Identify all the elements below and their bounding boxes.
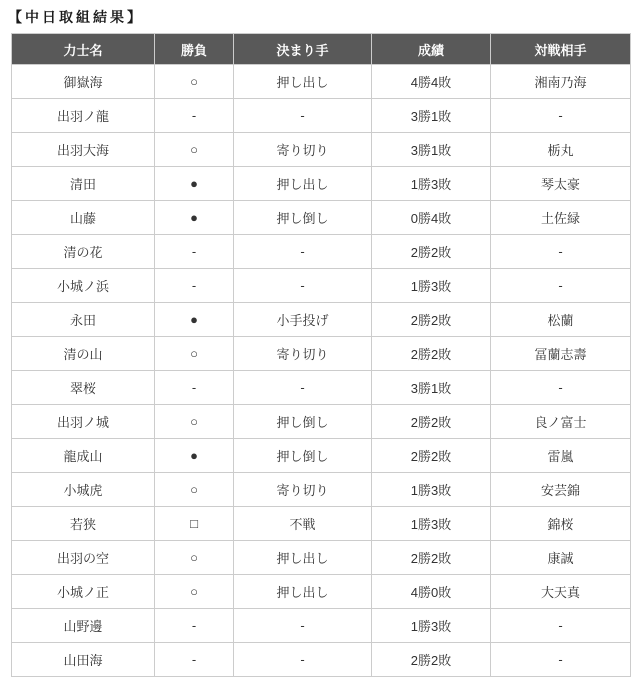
cell-kimarite: - <box>234 99 372 133</box>
cell-rikishi-name: 清田 <box>12 167 155 201</box>
table-row: 御嶽海○押し出し4勝4敗湘南乃海 <box>12 65 631 99</box>
cell-opponent: 栃丸 <box>491 133 631 167</box>
cell-opponent: 康誠 <box>491 541 631 575</box>
cell-rikishi-name: 山野邊 <box>12 609 155 643</box>
cell-record: 3勝1敗 <box>372 133 491 167</box>
cell-kimarite: 押し出し <box>234 65 372 99</box>
cell-kimarite: 押し出し <box>234 541 372 575</box>
table-row: 小城虎○寄り切り1勝3敗安芸錦 <box>12 473 631 507</box>
header-row: 力士名勝負決まり手成績対戦相手 <box>12 34 631 65</box>
table-row: 山藤●押し倒し0勝4敗土佐緑 <box>12 201 631 235</box>
column-header-opponent: 対戦相手 <box>491 34 631 65</box>
cell-opponent: - <box>491 371 631 405</box>
page: 【中日取組結果】 力士名勝負決まり手成績対戦相手 御嶽海○押し出し4勝4敗湘南乃… <box>0 0 640 684</box>
cell-win-loss: ○ <box>155 337 234 371</box>
cell-rikishi-name: 小城虎 <box>12 473 155 507</box>
cell-win-loss: ○ <box>155 65 234 99</box>
cell-win-loss: ○ <box>155 405 234 439</box>
cell-kimarite: 押し倒し <box>234 439 372 473</box>
column-header-record: 成績 <box>372 34 491 65</box>
cell-rikishi-name: 山藤 <box>12 201 155 235</box>
cell-win-loss: - <box>155 99 234 133</box>
cell-rikishi-name: 出羽大海 <box>12 133 155 167</box>
table-row: 翠桜--3勝1敗- <box>12 371 631 405</box>
cell-kimarite: 押し倒し <box>234 405 372 439</box>
cell-opponent: - <box>491 235 631 269</box>
cell-win-loss: - <box>155 269 234 303</box>
cell-rikishi-name: 清の花 <box>12 235 155 269</box>
cell-record: 2勝2敗 <box>372 541 491 575</box>
cell-win-loss: - <box>155 643 234 677</box>
cell-record: 2勝2敗 <box>372 337 491 371</box>
cell-rikishi-name: 御嶽海 <box>12 65 155 99</box>
cell-opponent: 安芸錦 <box>491 473 631 507</box>
cell-kimarite: 小手投げ <box>234 303 372 337</box>
cell-record: 1勝3敗 <box>372 269 491 303</box>
cell-kimarite: 寄り切り <box>234 337 372 371</box>
cell-opponent: 雷嵐 <box>491 439 631 473</box>
cell-kimarite: 押し倒し <box>234 201 372 235</box>
cell-record: 2勝2敗 <box>372 235 491 269</box>
cell-record: 3勝1敗 <box>372 99 491 133</box>
cell-win-loss: ○ <box>155 541 234 575</box>
cell-opponent: - <box>491 269 631 303</box>
results-table: 力士名勝負決まり手成績対戦相手 御嶽海○押し出し4勝4敗湘南乃海出羽ノ龍--3勝… <box>11 33 631 677</box>
cell-rikishi-name: 翠桜 <box>12 371 155 405</box>
table-row: 山野邊--1勝3敗- <box>12 609 631 643</box>
cell-kimarite: - <box>234 269 372 303</box>
cell-rikishi-name: 山田海 <box>12 643 155 677</box>
table-row: 清の花--2勝2敗- <box>12 235 631 269</box>
column-header-rikishi-name: 力士名 <box>12 34 155 65</box>
table-row: 小城ノ浜--1勝3敗- <box>12 269 631 303</box>
cell-record: 1勝3敗 <box>372 507 491 541</box>
cell-record: 3勝1敗 <box>372 371 491 405</box>
cell-kimarite: - <box>234 609 372 643</box>
cell-record: 0勝4敗 <box>372 201 491 235</box>
cell-kimarite: 不戦 <box>234 507 372 541</box>
cell-kimarite: 寄り切り <box>234 473 372 507</box>
cell-opponent: 錦桜 <box>491 507 631 541</box>
cell-win-loss: ● <box>155 303 234 337</box>
cell-rikishi-name: 若狭 <box>12 507 155 541</box>
column-header-win-loss: 勝負 <box>155 34 234 65</box>
cell-record: 2勝2敗 <box>372 439 491 473</box>
cell-kimarite: 押し出し <box>234 575 372 609</box>
table-row: 清田●押し出し1勝3敗琴太豪 <box>12 167 631 201</box>
page-title: 【中日取組結果】 <box>8 7 640 27</box>
table-row: 出羽の空○押し出し2勝2敗康誠 <box>12 541 631 575</box>
cell-win-loss: ○ <box>155 133 234 167</box>
cell-record: 2勝2敗 <box>372 405 491 439</box>
table-row: 山田海--2勝2敗- <box>12 643 631 677</box>
cell-record: 4勝0敗 <box>372 575 491 609</box>
cell-rikishi-name: 出羽ノ龍 <box>12 99 155 133</box>
cell-kimarite: 押し出し <box>234 167 372 201</box>
cell-rikishi-name: 出羽ノ城 <box>12 405 155 439</box>
cell-win-loss: ● <box>155 167 234 201</box>
cell-opponent: 松蘭 <box>491 303 631 337</box>
cell-kimarite: - <box>234 371 372 405</box>
cell-record: 1勝3敗 <box>372 167 491 201</box>
cell-win-loss: ● <box>155 439 234 473</box>
cell-rikishi-name: 龍成山 <box>12 439 155 473</box>
cell-opponent: - <box>491 609 631 643</box>
table-row: 龍成山●押し倒し2勝2敗雷嵐 <box>12 439 631 473</box>
table-row: 出羽ノ城○押し倒し2勝2敗良ノ富士 <box>12 405 631 439</box>
cell-record: 1勝3敗 <box>372 473 491 507</box>
cell-rikishi-name: 小城ノ浜 <box>12 269 155 303</box>
cell-win-loss: - <box>155 235 234 269</box>
cell-kimarite: - <box>234 235 372 269</box>
cell-win-loss: ○ <box>155 575 234 609</box>
cell-win-loss: - <box>155 609 234 643</box>
cell-opponent: 良ノ富士 <box>491 405 631 439</box>
table-row: 出羽ノ龍--3勝1敗- <box>12 99 631 133</box>
cell-record: 2勝2敗 <box>372 643 491 677</box>
cell-opponent: 湘南乃海 <box>491 65 631 99</box>
cell-opponent: - <box>491 99 631 133</box>
cell-win-loss: - <box>155 371 234 405</box>
cell-win-loss: ○ <box>155 473 234 507</box>
cell-opponent: 大天真 <box>491 575 631 609</box>
cell-opponent: - <box>491 643 631 677</box>
table-row: 清の山○寄り切り2勝2敗冨蘭志壽 <box>12 337 631 371</box>
cell-opponent: 冨蘭志壽 <box>491 337 631 371</box>
cell-record: 2勝2敗 <box>372 303 491 337</box>
cell-win-loss: ● <box>155 201 234 235</box>
column-header-kimarite: 決まり手 <box>234 34 372 65</box>
cell-kimarite: 寄り切り <box>234 133 372 167</box>
table-row: 出羽大海○寄り切り3勝1敗栃丸 <box>12 133 631 167</box>
cell-rikishi-name: 永田 <box>12 303 155 337</box>
cell-rikishi-name: 出羽の空 <box>12 541 155 575</box>
cell-record: 1勝3敗 <box>372 609 491 643</box>
table-row: 若狭□不戦1勝3敗錦桜 <box>12 507 631 541</box>
cell-kimarite: - <box>234 643 372 677</box>
cell-win-loss: □ <box>155 507 234 541</box>
cell-opponent: 琴太豪 <box>491 167 631 201</box>
cell-opponent: 土佐緑 <box>491 201 631 235</box>
table-row: 小城ノ正○押し出し4勝0敗大天真 <box>12 575 631 609</box>
cell-record: 4勝4敗 <box>372 65 491 99</box>
cell-rikishi-name: 小城ノ正 <box>12 575 155 609</box>
table-row: 永田●小手投げ2勝2敗松蘭 <box>12 303 631 337</box>
cell-rikishi-name: 清の山 <box>12 337 155 371</box>
